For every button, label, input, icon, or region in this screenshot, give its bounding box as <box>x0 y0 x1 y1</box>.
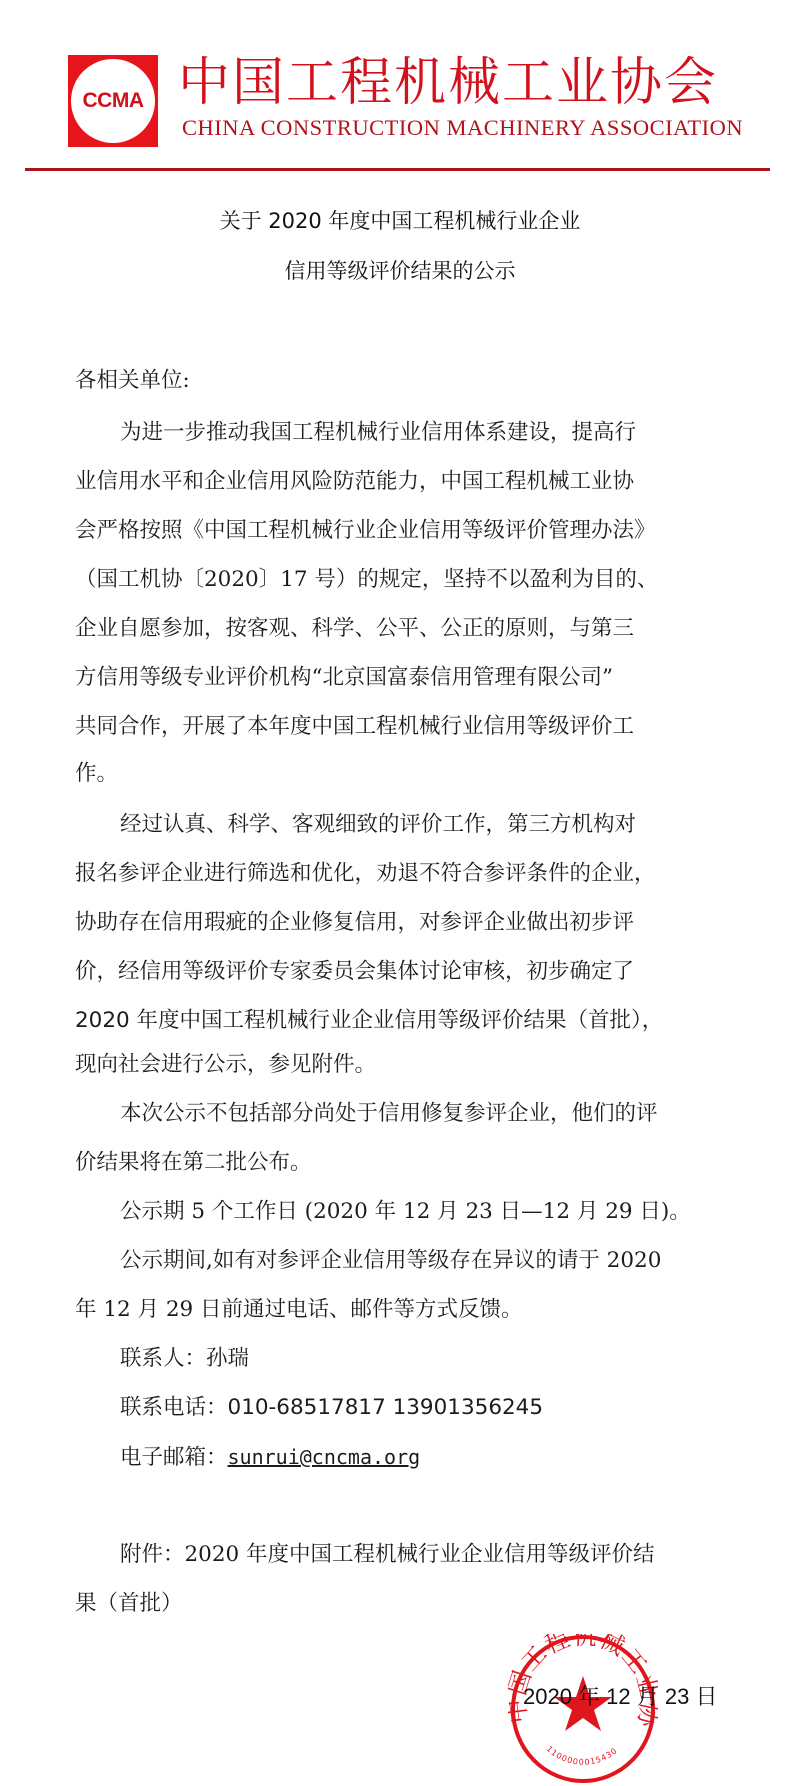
logo-text: CCMA <box>83 89 144 113</box>
contact-email-label: 电子邮箱： <box>120 1445 228 1470</box>
body-line: 现向社会进行公示，参见附件。 <box>75 1050 376 1080</box>
attachment-line-1: 附件：2020 年度中国工程机械行业企业信用等级评价结 <box>120 1540 655 1570</box>
body-line: 方信用等级专业评价机构“北京国富泰信用管理有限公司” <box>75 663 613 693</box>
contact-person: 联系人：孙瑞 <box>120 1344 249 1374</box>
document-title-line-2: 信用等级评价结果的公示 <box>0 255 800 285</box>
publicity-period: 公示期 5 个工作日 (2020 年 12 月 23 日—12 月 29 日)。 <box>120 1197 691 1227</box>
org-name-chinese: 中国工程机械工业协会 <box>178 52 718 114</box>
org-name-english: CHINA CONSTRUCTION MACHINERY ASSOCIATION <box>182 113 743 143</box>
body-line: 报名参评企业进行筛选和优化，劝退不符合参评条件的企业， <box>75 859 656 889</box>
contact-phone-number: 010-68517817 13901356245 <box>228 1395 544 1420</box>
issue-date: 2020 年 12 月 23 日 <box>523 1680 717 1711</box>
letterhead-divider <box>25 168 770 171</box>
body-line: 企业自愿参加，按客观、科学、公平、公正的原则，与第三 <box>75 614 634 644</box>
body-line: 作。 <box>75 759 118 789</box>
body-line: 2020 年度中国工程机械行业企业信用等级评价结果（首批）， <box>75 1006 663 1036</box>
body-line: 会严格按照《中国工程机械行业企业信用等级评价管理办法》 <box>75 516 656 546</box>
email-link[interactable]: sunrui@cncma.org <box>228 1445 421 1469</box>
contact-email: 电子邮箱：sunrui@cncma.org <box>120 1442 420 1473</box>
body-line: （国工机协〔2020〕17 号）的规定，坚持不以盈利为目的、 <box>75 565 658 595</box>
contact-person-label: 联系人： <box>120 1346 206 1371</box>
body-line: 年 12 月 29 日前通过电话、邮件等方式反馈。 <box>75 1295 523 1325</box>
contact-person-name: 孙瑞 <box>206 1346 249 1371</box>
body-line: 本次公示不包括部分尚处于信用修复参评企业，他们的评 <box>120 1099 658 1129</box>
body-line: 为进一步推动我国工程机械行业信用体系建设，提高行 <box>120 418 636 448</box>
salutation: 各相关单位: <box>75 366 190 396</box>
logo-circle: CCMA <box>71 59 155 143</box>
body-line: 经过认真、科学、客观细致的评价工作，第三方机构对 <box>120 810 636 840</box>
contact-phone-label: 联系电话： <box>120 1395 228 1420</box>
attachment-line-2: 果（首批） <box>75 1589 183 1619</box>
body-line: 公示期间,如有对参评企业信用等级存在异议的请于 2020 <box>120 1246 661 1276</box>
ccma-logo: CCMA <box>68 55 158 147</box>
body-line: 共同合作，开展了本年度中国工程机械行业信用等级评价工 <box>75 712 634 742</box>
body-line: 业信用水平和企业信用风险防范能力，中国工程机械工业协 <box>75 467 634 497</box>
contact-phone: 联系电话：010-68517817 13901356245 <box>120 1393 543 1423</box>
body-line: 协助存在信用瑕疵的企业修复信用，对参评企业做出初步评 <box>75 908 634 938</box>
body-line: 价，经信用等级评价专家委员会集体讨论审核，初步确定了 <box>75 957 634 987</box>
document-title-line-1: 关于 2020 年度中国工程机械行业企业 <box>0 205 800 235</box>
svg-text:1100000015430: 1100000015430 <box>545 1744 620 1767</box>
body-line: 价结果将在第二批公布。 <box>75 1148 312 1178</box>
